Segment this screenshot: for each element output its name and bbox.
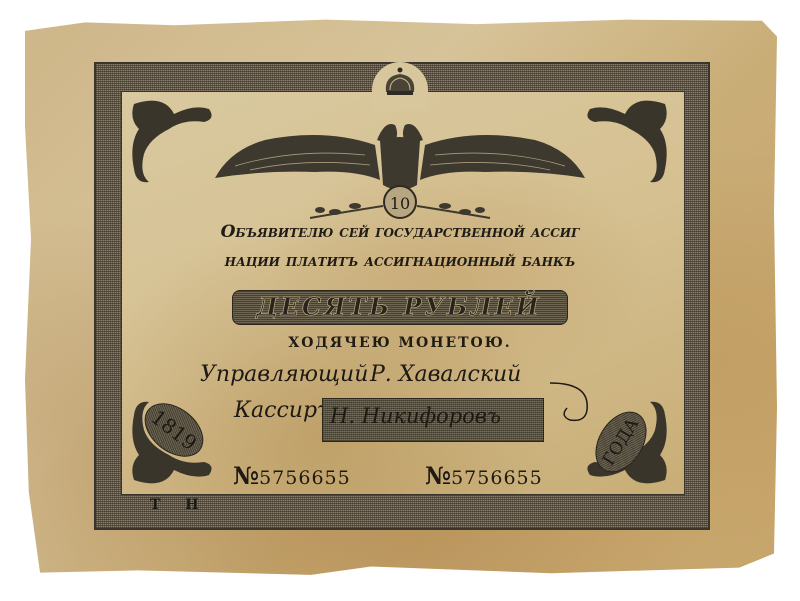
- signature-flourish-icon: [545, 378, 595, 428]
- double-headed-eagle-icon: 10: [205, 100, 595, 225]
- manager-signature: Р. Хавалский: [370, 362, 521, 387]
- corner-flourish-top-right-icon: [580, 94, 675, 189]
- cashier-label: Кассиръ: [234, 398, 332, 423]
- currency-line: ходячею монетою.: [0, 335, 800, 351]
- obligation-text-line-1: Объявителю сей государственной ассиг: [0, 222, 800, 242]
- serial-number-right: №5756655: [425, 461, 543, 490]
- serial-number-left: №5756655: [233, 461, 351, 490]
- obligation-text-line-2: нации платитъ ассигнационный банкъ: [0, 251, 800, 271]
- denomination-medallion: 10: [390, 194, 410, 213]
- serial-value: 5756655: [259, 467, 351, 489]
- crown-icon: [382, 66, 418, 96]
- amount-text: Десять рублей: [232, 290, 566, 323]
- corner-flourish-top-left-icon: [124, 94, 219, 189]
- serial-value: 5756655: [451, 467, 543, 489]
- cashier-signature: Н. Никифоровъ: [330, 404, 501, 428]
- serial-prefix: №: [233, 461, 259, 490]
- manager-label: Управляющий: [200, 362, 368, 387]
- plate-letters: Т Н: [150, 497, 209, 513]
- serial-prefix: №: [425, 461, 451, 490]
